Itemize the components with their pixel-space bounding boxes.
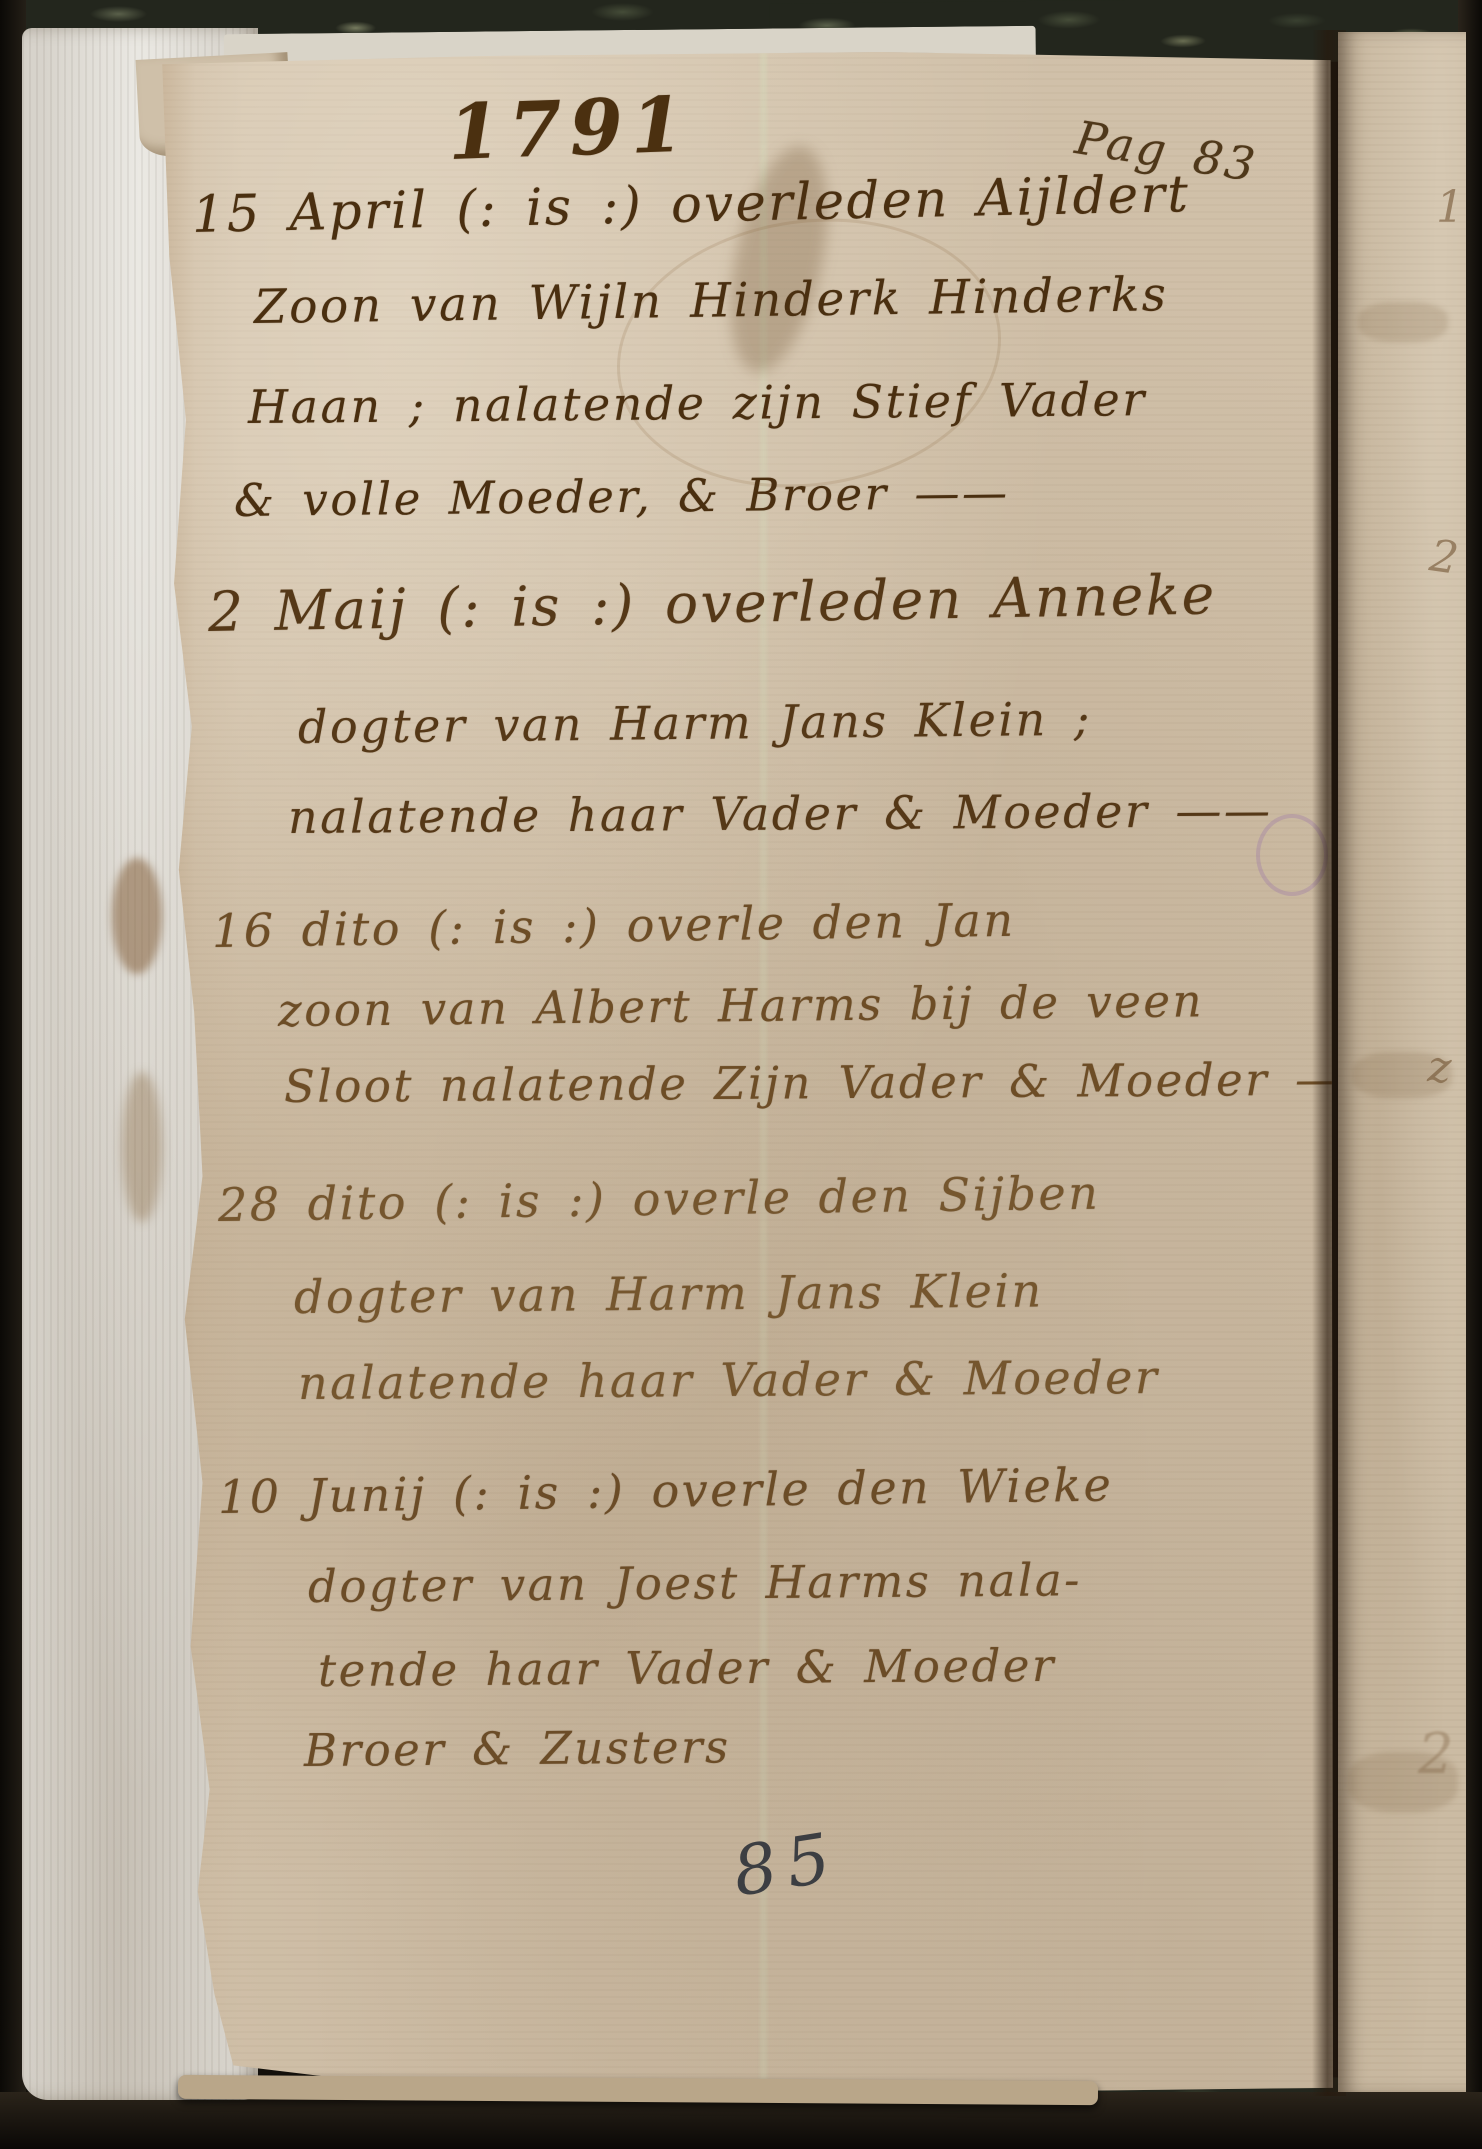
facing-page-text-fragment: 2 (1427, 530, 1462, 584)
manuscript-page: 1791 Pag 83 15 April (: is :) overleden … (148, 52, 1333, 2096)
entry-line: nalatende haar Vader & Moeder (298, 1350, 1160, 1410)
entry-line: 10 Junij (: is :) overle den Wieke (218, 1458, 1114, 1524)
bleed-through-mark (1352, 1052, 1452, 1098)
bleed-through-mark (1348, 1752, 1458, 1812)
pencil-folio-number: 85 (728, 1818, 846, 1913)
facing-page-text-fragment: 1 (1436, 182, 1464, 233)
entry-line: zoon van Albert Harms bij de veen (278, 974, 1204, 1037)
entry-line: dogter van Harm Jans Klein ; (298, 692, 1092, 754)
entry-line: Zoon van Wijln Hinderk Hinderks (254, 267, 1169, 335)
manuscript-scan: 1791 Pag 83 15 April (: is :) overleden … (0, 0, 1482, 2149)
entry-line: 2 Maij (: is :) overleden Anneke (207, 562, 1217, 644)
entry-line: tende haar Vader & Moeder (318, 1639, 1056, 1697)
entry-line: 15 April (: is :) overleden Aijldert (191, 165, 1191, 245)
entry-line: Haan ; nalatende zijn Stief Vader (248, 372, 1147, 434)
entry-line: 16 dito (: is :) overle den Jan (212, 893, 1016, 958)
entry-line: dogter van Harm Jans Klein (294, 1263, 1044, 1324)
entry-line: & volle Moeder, & Broer —— (234, 466, 1010, 527)
ring-stain (599, 194, 1018, 511)
year-heading: 1791 (446, 80, 692, 177)
entry-line: dogter van Joest Harms nala- (308, 1553, 1082, 1613)
entry-line: 28 dito (: is :) overle den Sijben (218, 1166, 1101, 1232)
entry-line: Sloot nalatende Zijn Vader & Moeder — (284, 1053, 1343, 1113)
facing-page-edge: 1 2 z 2 (1338, 32, 1466, 2092)
entry-line: Broer & Zusters (304, 1720, 731, 1777)
entry-line: nalatende haar Vader & Moeder —— (288, 783, 1273, 844)
bleed-through-mark (1358, 302, 1448, 342)
